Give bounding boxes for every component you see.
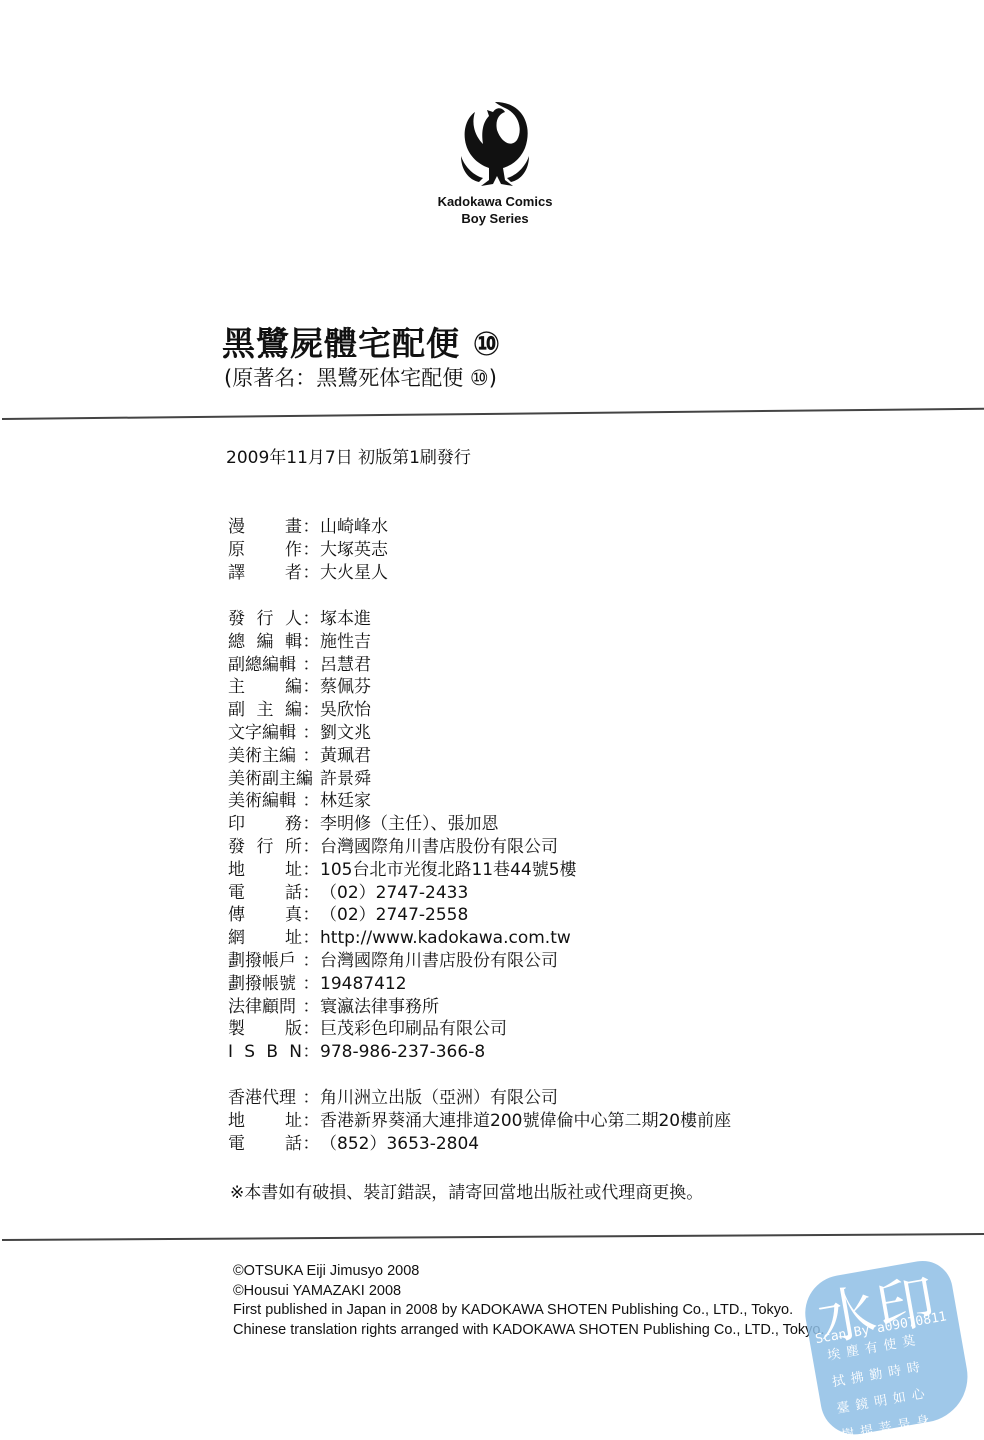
credit-row: 副總編輯：呂慧君	[228, 654, 577, 677]
credit-value: 台灣國際角川書店股份有限公司	[320, 950, 558, 973]
credit-row: 劃撥帳戶：台灣國際角川書店股份有限公司	[228, 950, 577, 973]
credit-row: 劃撥帳號：19487412	[228, 973, 577, 996]
copyright-block: ©OTSUKA Eiji Jimusyo 2008 ©Housui YAMAZA…	[233, 1262, 825, 1340]
credit-value: 塚本進	[320, 608, 371, 631]
logo-line2: Boy Series	[420, 211, 570, 226]
credit-label: 總編輯	[228, 631, 302, 654]
credit-label: 文字編輯	[228, 722, 302, 745]
colon: ：	[302, 927, 320, 950]
credit-row: 發行人：塚本進	[228, 608, 577, 631]
credit-value: 寰瀛法律事務所	[320, 996, 439, 1019]
credit-row: 原作：大塚英志	[228, 539, 388, 562]
logo-line1: Kadokawa Comics	[420, 194, 570, 209]
credit-row: 印務：李明修（主任）、張加恩	[228, 813, 577, 836]
credit-value: 蔡佩芬	[320, 676, 371, 699]
credit-label: 美術編輯	[228, 790, 302, 813]
credit-value: （02）2747-2558	[320, 904, 468, 927]
credit-value: 105台北市光復北路11巷44號5樓	[320, 859, 577, 882]
colon: ：	[302, 1087, 320, 1110]
colon: ：	[302, 539, 320, 562]
credit-label: 傳真	[228, 904, 302, 927]
credit-label: 原作	[228, 539, 302, 562]
credit-label: 副主編	[228, 699, 302, 722]
credit-value: 吳欣怡	[320, 699, 371, 722]
book-title: 黑鷺屍體宅配便 ⑩	[222, 318, 501, 365]
colon: ：	[302, 904, 320, 927]
credit-label: 漫畫	[228, 516, 302, 539]
credit-row: 美術編輯：林廷家	[228, 790, 577, 813]
credit-row: 發行所：台灣國際角川書店股份有限公司	[228, 836, 577, 859]
credit-label: 美術主編	[228, 745, 302, 768]
credit-row: 電話：（02）2747-2433	[228, 882, 577, 905]
credit-value: 大火星人	[320, 562, 388, 585]
colon: ：	[302, 608, 320, 631]
credit-value: 台灣國際角川書店股份有限公司	[320, 836, 558, 859]
credit-row: 漫畫：山崎峰水	[228, 516, 388, 539]
credit-row: ISBN：978-986-237-366-8	[228, 1041, 577, 1064]
creator-credits: 漫畫：山崎峰水原作：大塚英志譯者：大火星人	[228, 516, 388, 584]
credit-value: 李明修（主任）、張加恩	[320, 813, 499, 836]
credit-label: 製版	[228, 1018, 302, 1041]
poem-line: 身是菩提樹	[835, 1413, 931, 1440]
colon: ：	[302, 722, 320, 745]
publisher-logo: Kadokawa Comics Boy Series	[420, 96, 570, 226]
credit-label: 地址	[228, 859, 302, 882]
credit-value: 許景舜	[320, 768, 371, 791]
credit-value: 呂慧君	[320, 654, 371, 677]
credit-value: 巨茂彩色印刷品有限公司	[320, 1018, 507, 1041]
colon: ：	[302, 950, 320, 973]
credit-row: 製版：巨茂彩色印刷品有限公司	[228, 1018, 577, 1041]
colon: ：	[302, 813, 320, 836]
colon: ：	[302, 676, 320, 699]
scanner-watermark: 水印 Scan By a09070811 莫使有塵埃 時時勤拂拭 心如明鏡臺 身…	[799, 1256, 975, 1440]
credit-row: 總編輯：施性吉	[228, 631, 577, 654]
colon: ：	[302, 1110, 320, 1133]
divider-top	[2, 408, 984, 420]
credit-label: ISBN	[228, 1041, 302, 1064]
copyright-line: Chinese translation rights arranged with…	[233, 1321, 825, 1341]
hk-agent-credits: 香港代理：角川洲立出版（亞洲）有限公司地址：香港新界葵涌大連排道200號偉倫中心…	[228, 1087, 731, 1155]
colon: ：	[302, 1133, 320, 1156]
credit-value: 香港新界葵涌大連排道200號偉倫中心第二期20樓前座	[320, 1110, 731, 1133]
credit-row: 傳真：（02）2747-2558	[228, 904, 577, 927]
replacement-notice: ※本書如有破損、裝訂錯誤，請寄回當地出版社或代理商更換。	[230, 1178, 703, 1203]
colon: ：	[302, 654, 320, 677]
credit-row: 譯者：大火星人	[228, 562, 388, 585]
colon: ：	[302, 516, 320, 539]
credit-row: 美術副主編：許景舜	[228, 768, 577, 791]
credit-label: 主編	[228, 676, 302, 699]
colon: ：	[302, 996, 320, 1019]
credit-row: 地址：香港新界葵涌大連排道200號偉倫中心第二期20樓前座	[228, 1110, 731, 1133]
colon: ：	[302, 768, 320, 791]
credit-label: 美術副主編	[228, 768, 302, 791]
credit-row: 文字編輯：劉文兆	[228, 722, 577, 745]
staff-credits: 發行人：塚本進總編輯：施性吉副總編輯：呂慧君主編：蔡佩芬副主編：吳欣怡文字編輯：…	[228, 608, 577, 1064]
colon: ：	[302, 745, 320, 768]
colon: ：	[302, 1041, 320, 1064]
credit-value: 黃珮君	[320, 745, 371, 768]
colon: ：	[302, 1018, 320, 1041]
credit-value: （02）2747-2433	[320, 882, 468, 905]
credit-row: 電話：（852）3653-2804	[228, 1133, 731, 1156]
credit-label: 電話	[228, 1133, 302, 1156]
credit-value: 施性吉	[320, 631, 371, 654]
credit-value: 978-986-237-366-8	[320, 1041, 485, 1064]
credit-row: 網址：http://www.kadokawa.com.tw	[228, 927, 577, 950]
copyright-line: ©Housui YAMAZAKI 2008	[233, 1282, 825, 1302]
credit-label: 地址	[228, 1110, 302, 1133]
credit-value: http://www.kadokawa.com.tw	[320, 927, 571, 950]
credit-row: 地址：105台北市光復北路11巷44號5樓	[228, 859, 577, 882]
credit-value: 大塚英志	[320, 539, 388, 562]
credit-value: 山崎峰水	[320, 516, 388, 539]
colon: ：	[302, 562, 320, 585]
credit-label: 副總編輯	[228, 654, 302, 677]
copyright-line: First published in Japan in 2008 by KADO…	[233, 1301, 825, 1321]
credit-label: 網址	[228, 927, 302, 950]
copyright-line: ©OTSUKA Eiji Jimusyo 2008	[233, 1262, 825, 1282]
credit-value: 林廷家	[320, 790, 371, 813]
credit-label: 譯者	[228, 562, 302, 585]
credit-label: 發行人	[228, 608, 302, 631]
credit-value: 19487412	[320, 973, 407, 996]
credit-label: 發行所	[228, 836, 302, 859]
credit-row: 主編：蔡佩芬	[228, 676, 577, 699]
watermark-poem: 莫使有塵埃 時時勤拂拭 心如明鏡臺 身是菩提樹	[821, 1333, 931, 1440]
credit-value: 角川洲立出版（亞洲）有限公司	[320, 1087, 558, 1110]
edition-date: 2009年11月7日 初版第1刷發行	[226, 443, 471, 468]
credit-label: 電話	[228, 882, 302, 905]
credit-label: 劃撥帳戶	[228, 950, 302, 973]
colon: ：	[302, 973, 320, 996]
colon: ：	[302, 699, 320, 722]
phoenix-emblem-icon	[453, 96, 537, 192]
divider-bottom	[2, 1233, 984, 1241]
colon: ：	[302, 859, 320, 882]
original-title: (原著名：黑鷺死体宅配便 ⑩)	[224, 362, 497, 392]
colon: ：	[302, 631, 320, 654]
credit-row: 副主編：吳欣怡	[228, 699, 577, 722]
colon: ：	[302, 882, 320, 905]
credit-label: 劃撥帳號	[228, 973, 302, 996]
poem-line: 心如明鏡臺	[831, 1386, 927, 1415]
credit-label: 香港代理	[228, 1087, 302, 1110]
credit-value: 劉文兆	[320, 722, 371, 745]
credit-label: 印務	[228, 813, 302, 836]
credit-row: 香港代理：角川洲立出版（亞洲）有限公司	[228, 1087, 731, 1110]
credit-value: （852）3653-2804	[320, 1133, 479, 1156]
credit-label: 法律顧問	[228, 996, 302, 1019]
poem-line: 時時勤拂拭	[826, 1360, 922, 1389]
credit-row: 法律顧問：寰瀛法律事務所	[228, 996, 577, 1019]
credit-row: 美術主編：黃珮君	[228, 745, 577, 768]
colon: ：	[302, 836, 320, 859]
colon: ：	[302, 790, 320, 813]
